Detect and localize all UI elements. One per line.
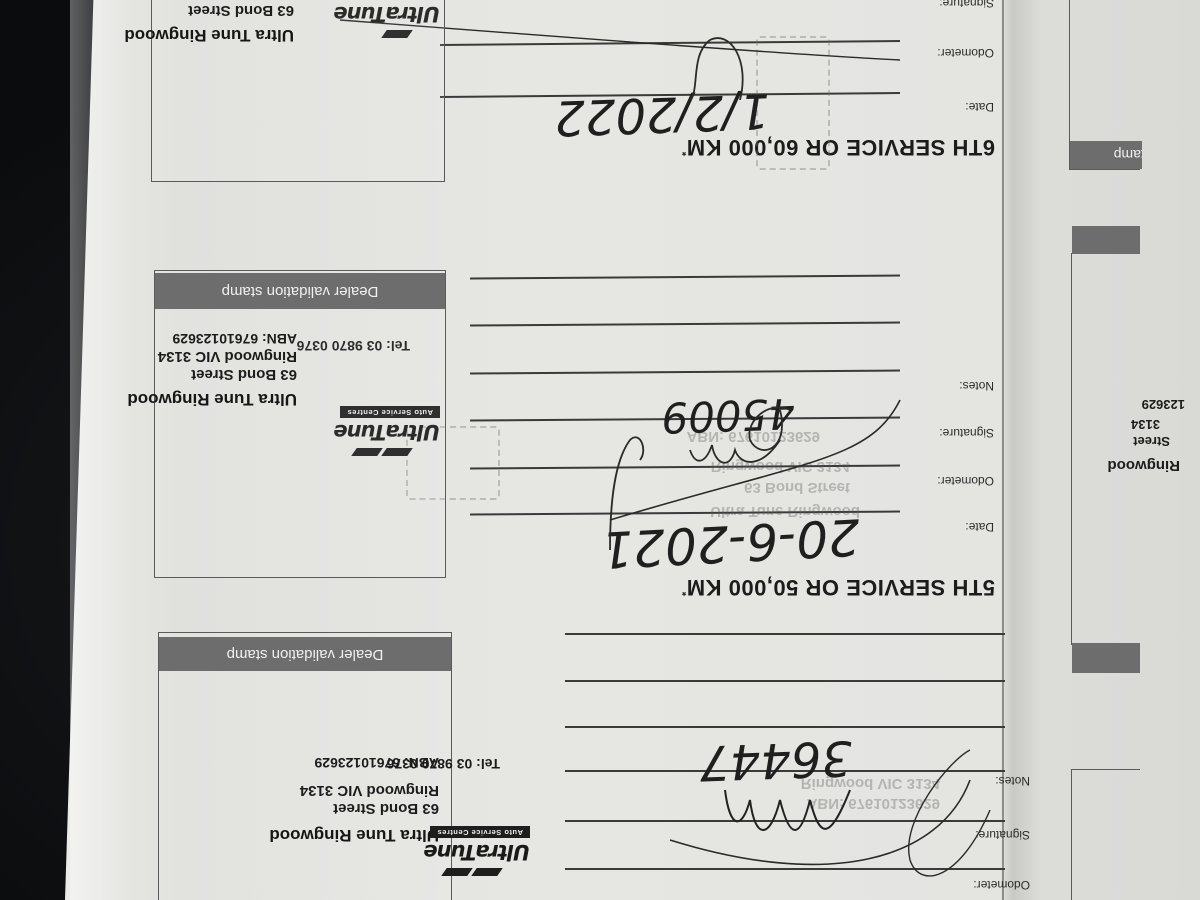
dealer-name-6th: Ultra Tune Ringwood [124,25,294,45]
book-spine [1002,0,1004,900]
facing-dealer-postcode: 3134 [1131,417,1160,432]
service-heading-5th: 5TH SERVICE OR 50,000 KM* [682,574,995,600]
odometer-label-6th: Odometer: [937,46,994,60]
facing-stamp-box-2: Ringwood Street 3134 123629 [1071,253,1140,645]
service-entry-5th: 5TH SERVICE OR 50,000 KM* Date: Odometer… [100,270,1000,600]
facing-stamp-header-1: Dealer validation stamp [1070,141,1142,169]
facing-dealer-street: Street [1133,434,1170,449]
signature-label-5th: Signature: [939,426,994,440]
date-label-5th: Date: [965,520,994,534]
dealer-suburb-4th: Ringwood VIC 3134 [300,782,439,799]
dealer-street-6th: 63 Bond Street [188,2,294,19]
date-label-6th: Date: [965,100,994,114]
ultratune-logo-4th: UltraTune Auto Service Centres [430,822,530,878]
dealer-street-4th: 63 Bond Street [333,800,439,817]
service-entry-6th: 6TH SERVICE OR 60,000 KM* Date: Odometer… [100,0,1000,160]
odometer-label-5th: Odometer: [937,474,994,488]
stamp-header-4th: Dealer validation stamp [159,637,451,671]
dealer-street-5th: 63 Bond Street [191,366,297,383]
logbook-photo: Dealer validation stamp Ringwood Street … [0,0,1200,900]
dealer-tel-4th: Tel: 03 9870 0376 [387,756,500,772]
dealer-suburb-6th: Ringwood VIC 3134 [155,0,294,1]
notes-label-5th: Notes: [959,379,994,393]
stamp-header-5th: Dealer validation stamp [155,273,445,309]
dealer-name-4th: Ultra Tune Ringwood [269,825,439,845]
facing-stamp-header-3 [1072,643,1140,673]
facing-dealer-abn: 123629 [1142,397,1185,412]
signature-4th [560,720,1000,900]
dealer-validation-stamp-box-6th: Ultra Tune Ringwood 63 Bond Street Ringw… [151,0,445,182]
signature-5th [490,360,910,560]
facing-dealer-name: Ringwood [1108,457,1180,474]
facing-stamp-header-2 [1072,226,1140,254]
dealer-suburb-5th: Ringwood VIC 3134 [158,348,297,365]
notes-label-4th: Notes: [995,774,1030,788]
facing-stamp-box-1: Dealer validation stamp [1069,0,1140,170]
dealer-abn-5th: ABN: 67610123629 [172,331,297,347]
service-entry-4th: Dealer validation stamp Ultra Tune Ringw… [100,630,1000,900]
dealer-validation-stamp-box-5th: Dealer validation stamp Ultra Tune Ringw… [154,270,446,578]
facing-stamp-box-3 [1071,769,1140,900]
signature-label-6th: Signature: [939,0,994,10]
dealer-name-5th: Ultra Tune Ringwood [127,389,297,409]
